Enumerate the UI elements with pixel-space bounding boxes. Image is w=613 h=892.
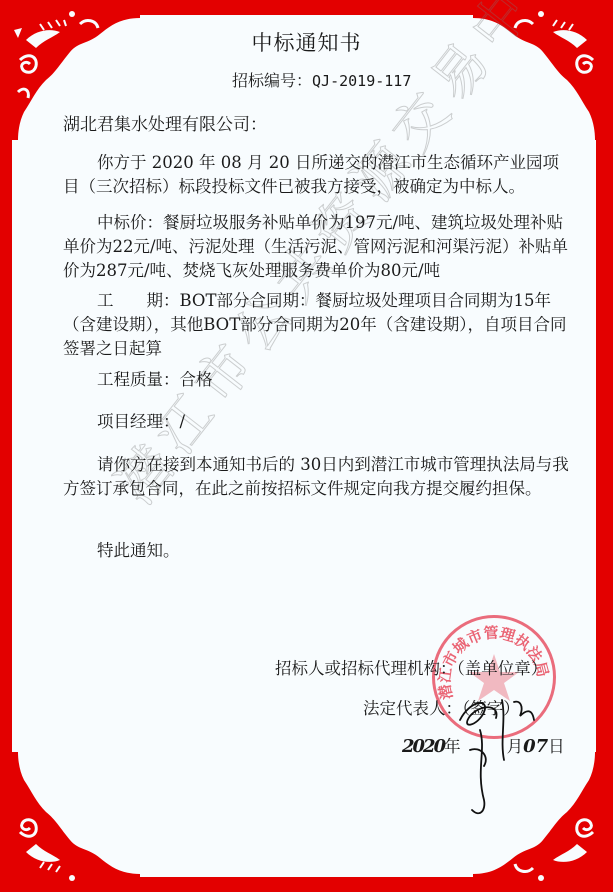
bid-number: 招标编号：QJ-2019-117	[232, 68, 411, 91]
paragraph-quality: 工程质量：合格	[63, 368, 571, 392]
bid-number-value: QJ-2019-117	[312, 72, 411, 90]
handwritten-signature-icon	[440, 660, 550, 820]
paragraph-contract-instructions: 请你方在接到本通知书后的 30日内到潜江市城市管理执法局与我方签订承包合同，在此…	[63, 453, 571, 501]
addressee: 湖北君集水处理有限公司：	[63, 110, 267, 135]
bid-number-label: 招标编号：	[232, 71, 312, 90]
paragraph-project-manager: 项目经理：/	[63, 410, 571, 434]
paragraph-closing: 特此通知。	[63, 539, 571, 563]
date-year-handwritten: 2020	[402, 736, 444, 757]
paragraph-acceptance: 你方于 2020 年 08 月 20 日所递交的潜江市生态循环产业园项目（三次招…	[63, 151, 571, 199]
paragraph-bid-price: 中标价：餐厨垃圾服务补贴单价为197元/吨、建筑垃圾处理补贴单价为22元/吨、污…	[63, 211, 571, 283]
paragraph-duration: 工 期：BOT部分合同期：餐厨垃圾处理项目合同期为15年（含建设期），其他BOT…	[63, 289, 571, 361]
document-title: 中标通知书	[0, 27, 613, 57]
corner-ornament-icon	[0, 752, 140, 892]
